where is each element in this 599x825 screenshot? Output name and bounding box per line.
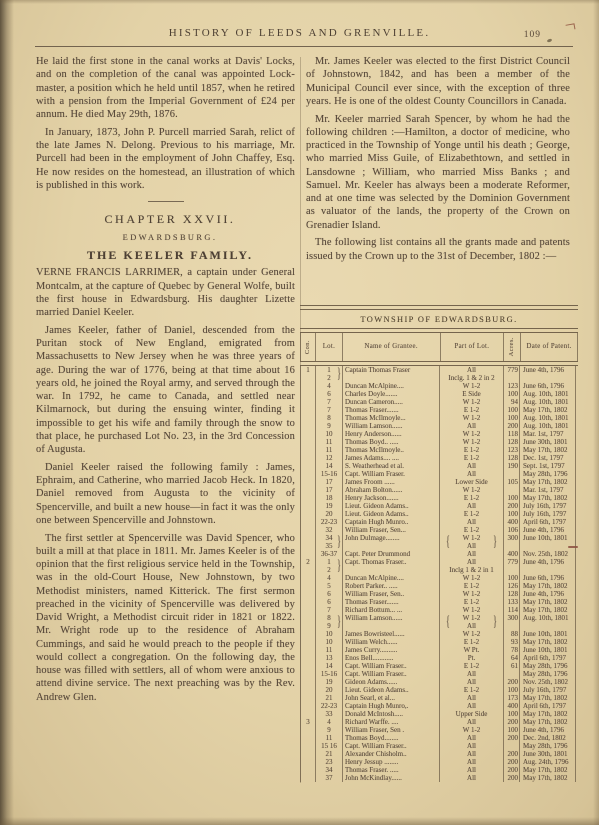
cell-part: All	[440, 422, 504, 430]
cell-name: Henry Anderson......	[343, 430, 440, 438]
cell-name: Richard Bottum... ...	[343, 606, 440, 614]
cell-name: Capt. William Fraser..	[343, 670, 440, 678]
cell-lot: 22-23	[316, 518, 343, 526]
cell-con	[301, 726, 316, 734]
cell-part: All	[440, 470, 504, 478]
cell-lot: 4	[316, 718, 343, 726]
left-paragraphs-top: He laid the first stone in the canal wor…	[36, 55, 295, 192]
cell-con	[301, 414, 316, 422]
cell-date: June 4th, 1796	[520, 590, 576, 598]
cell-part: All	[440, 758, 504, 766]
cell-part: W 1-2	[440, 414, 504, 422]
cell-part: E 1-2	[440, 446, 504, 454]
cell-acres: 78	[504, 646, 520, 654]
cell-date: Aug. 24th, 1796	[520, 758, 576, 766]
scan-edge-bottom	[0, 817, 599, 825]
cell-part: All	[440, 702, 504, 710]
cell-lot: 14	[316, 462, 343, 470]
cell-part: E 1-2	[440, 454, 504, 462]
cell-part: W 1-2 All	[440, 534, 504, 550]
table-row: 11Thomas Boyd.. .....W 1-2128June 30th, …	[301, 438, 578, 446]
paragraph: He laid the first stone in the canal wor…	[36, 55, 295, 121]
cell-lot: 36-37	[316, 550, 343, 558]
cell-con	[301, 446, 316, 454]
cell-con	[301, 606, 316, 614]
land-grants-table: TOWNSHIP OF EDWARDSBURG. Con. Lot. Name …	[300, 305, 578, 782]
cell-name: Abraham Bolton......	[343, 486, 440, 494]
cell-part: All	[440, 518, 504, 526]
cell-con: 2	[301, 558, 316, 574]
cell-date: May 17th, 1802	[520, 718, 576, 726]
table-row: 21John Searl, et al...All173May 17th, 18…	[301, 694, 578, 702]
cell-acres	[504, 486, 520, 494]
paragraph: James Keeler, father of Daniel, descende…	[36, 324, 295, 457]
scanned-book-page: HISTORY OF LEEDS AND GRENVILLE. 109 He l…	[0, 0, 599, 825]
cell-date: Nov. 25th, 1802	[520, 550, 576, 558]
cell-acres: 400	[504, 550, 520, 558]
cell-part: All	[440, 694, 504, 702]
cell-acres: 123	[504, 382, 520, 390]
cell-con	[301, 758, 316, 766]
table-row: 20Lieut. Gideon Adams..E 1-2100July 16th…	[301, 686, 578, 694]
cell-part: All	[440, 550, 504, 558]
cell-date: May 17th, 1802	[520, 598, 576, 606]
cell-acres: 779	[504, 366, 520, 382]
cell-name: Duncan McAlpine....	[343, 574, 440, 582]
cell-con	[301, 454, 316, 462]
cell-con	[301, 742, 316, 750]
cell-con	[301, 502, 316, 510]
cell-part: E 1-2	[440, 686, 504, 694]
cell-con	[301, 694, 316, 702]
cell-part: W 1-2	[440, 438, 504, 446]
cell-lot: 17	[316, 478, 343, 486]
cell-date: Aug. 10th, 1801	[520, 614, 576, 630]
cell-date: May 17th, 1802	[520, 478, 576, 486]
cell-date: April 6th, 1797	[520, 654, 576, 662]
cell-lot: 23	[316, 758, 343, 766]
table-row: 17Abraham Bolton......W 1-2Mar. 1st, 179…	[301, 486, 578, 494]
table-row: 34Thomas Fraser. .....All200May 17th, 18…	[301, 766, 578, 774]
cell-acres: 300	[504, 534, 520, 550]
page-number: 109	[524, 30, 541, 40]
cell-name: Thomas Fraser.......	[343, 406, 440, 414]
cell-name: Thomas Fraser.......	[343, 598, 440, 606]
cell-lot: 11	[316, 438, 343, 446]
cell-con	[301, 550, 316, 558]
cell-acres: 126	[504, 582, 520, 590]
cell-name: Thomas Boyd........	[343, 734, 440, 742]
table-row: 8Thomas McIlmoyle...W 1-2100Aug. 10th, 1…	[301, 414, 578, 422]
cell-con	[301, 398, 316, 406]
cell-acres: 200	[504, 750, 520, 758]
table-row: 14S. Weatherhead et al.All190Sept. 1st, …	[301, 462, 578, 470]
cell-acres: 100	[504, 686, 520, 694]
table-row: 10James Bowristeel......W 1-288June 10th…	[301, 630, 578, 638]
cell-date: May 28th, 1796	[520, 670, 576, 678]
cell-lot: 19	[316, 502, 343, 510]
cell-name: Capt. William Fraser..	[343, 662, 440, 670]
cell-lot: 17	[316, 486, 343, 494]
paragraph: The following list contains all the gran…	[306, 236, 570, 263]
cell-name: Robert Parker.. .....	[343, 582, 440, 590]
cell-part: E 1-2	[440, 526, 504, 534]
cell-con	[301, 430, 316, 438]
section-subtitle: EDWARDSBURG.	[36, 231, 295, 244]
cell-lot: 22-23	[316, 702, 343, 710]
table-row: 15 16Capt. William Fraser..AllMay 28th, …	[301, 742, 578, 750]
cell-date: June 30th, 1801	[520, 438, 576, 446]
cell-name: Alexander Chisholm..	[343, 750, 440, 758]
cell-date: Aug. 10th, 1801	[520, 414, 576, 422]
table-row: 6William Fraser, Sen..W 1-2128June 4th, …	[301, 590, 578, 598]
cell-con	[301, 662, 316, 670]
cell-date: May 17th, 1802	[520, 638, 576, 646]
cell-part: All	[440, 766, 504, 774]
cell-con	[301, 630, 316, 638]
cell-lot: 18	[316, 494, 343, 502]
cell-part: W 1-2 All	[440, 614, 504, 630]
cell-date: May 17th, 1802	[520, 606, 576, 614]
cell-con	[301, 734, 316, 742]
chapter-title: CHAPTER XXVII.	[36, 213, 295, 226]
cell-con	[301, 614, 316, 630]
cell-con	[301, 478, 316, 486]
cell-name: Duncan McAlpine....	[343, 382, 440, 390]
cell-acres: 100	[504, 510, 520, 518]
cell-name: William Welch......	[343, 638, 440, 646]
cell-date: June 30th, 1801	[520, 750, 576, 758]
table-row: 21 2Capt. Thomas Fraser..All Inclg 1 & 2…	[301, 558, 578, 574]
cell-part: W Pt.	[440, 646, 504, 654]
cell-date: June 4th, 1796	[520, 558, 576, 574]
cell-name: Capt. Thomas Fraser..	[343, 558, 440, 574]
column-header-con: Con.	[301, 333, 316, 361]
cell-con	[301, 470, 316, 478]
paragraph: The first settler at Spencerville was Da…	[36, 532, 295, 704]
cell-name: Lieut. Gideon Adams..	[343, 502, 440, 510]
cell-name: Thomas McIlmoyle..	[343, 446, 440, 454]
cell-date: Aug. 10th, 1801	[520, 422, 576, 430]
table-row: 22-23Captain Hugh Munro..All400April 6th…	[301, 518, 578, 526]
cell-name: James Curry..........	[343, 646, 440, 654]
cell-part: E 1-2	[440, 598, 504, 606]
cell-name: Thomas Fraser. .....	[343, 766, 440, 774]
cell-lot: 1 2	[316, 366, 343, 382]
table-row: 20Lieut. Gideon Adams..E 1-2100July 16th…	[301, 510, 578, 518]
cell-part: E Side	[440, 390, 504, 398]
table-row: 4Duncan McAlpine....W 1-2123June 6th, 17…	[301, 382, 578, 390]
cell-lot: 11	[316, 646, 343, 654]
cell-lot: 4	[316, 574, 343, 582]
cell-date: Dec. 2nd, 1802	[520, 734, 576, 742]
cell-lot: 8 9	[316, 614, 343, 630]
table-row: 34Richard Warffe. ....All200May 17th, 18…	[301, 718, 578, 726]
column-header-grantee: Name of Grantee.	[343, 333, 441, 361]
cell-name: Capt. William Fraser.	[343, 470, 440, 478]
cell-con	[301, 526, 316, 534]
cell-acres: 200	[504, 422, 520, 430]
table-row: 9William Lamson......All200Aug. 10th, 18…	[301, 422, 578, 430]
table-row: 11Thomas Boyd........All200Dec. 2nd, 180…	[301, 734, 578, 742]
cell-lot: 12	[316, 454, 343, 462]
cell-acres: 100	[504, 390, 520, 398]
cell-lot: 6	[316, 390, 343, 398]
table-row: 33Donald McIntosh.....Upper Side100May 1…	[301, 710, 578, 718]
cell-date: May 28th, 1796	[520, 470, 576, 478]
cell-lot: 37	[316, 774, 343, 782]
table-row: 10William Welch......E 1-293May 17th, 18…	[301, 638, 578, 646]
cell-acres: 200	[504, 678, 520, 686]
cell-part: W 1-2	[440, 382, 504, 390]
cell-acres: 94	[504, 398, 520, 406]
cell-con	[301, 582, 316, 590]
cell-lot: 11	[316, 446, 343, 454]
cell-con	[301, 638, 316, 646]
cell-part: Pt.	[440, 654, 504, 662]
cell-con	[301, 654, 316, 662]
cell-lot: 7	[316, 606, 343, 614]
cell-name: William Lamson......	[343, 614, 440, 630]
cell-acres: 100	[504, 726, 520, 734]
cell-part: W 1-2	[440, 726, 504, 734]
cell-name: Captain Hugh Munro..	[343, 518, 440, 526]
cell-lot: 10	[316, 630, 343, 638]
paragraph: Mr. James Keeler was elected to the firs…	[306, 55, 570, 108]
cell-name: William Fraser, Sen...	[343, 526, 440, 534]
table-row: 12James Adams.... ....E 1-2128Dec. 1st, …	[301, 454, 578, 462]
table-row: 19Gideon Adams......All200Nov. 25th, 180…	[301, 678, 578, 686]
cell-part: E 1-2	[440, 494, 504, 502]
cell-name: Captain Thomas Fraser	[343, 366, 440, 382]
cell-date: July 16th, 1797	[520, 686, 576, 694]
cell-lot: 1 2	[316, 558, 343, 574]
table-row: 32William Fraser, Sen...E 1-2106June 4th…	[301, 526, 578, 534]
cell-date: May 17th, 1802	[520, 446, 576, 454]
cell-date: May 17th, 1802	[520, 494, 576, 502]
table-row: 36-37Capt. Peter DrummondAll400Nov. 25th…	[301, 550, 578, 558]
cell-name: Thomas McIlmoyle...	[343, 414, 440, 422]
chapter-divider-rule	[148, 201, 184, 202]
cell-name: S. Weatherhead et al.	[343, 462, 440, 470]
cell-lot: 20	[316, 510, 343, 518]
cell-date: Mar. 1st, 1797	[520, 430, 576, 438]
cell-part: E 1-2	[440, 638, 504, 646]
cell-acres: 100	[504, 414, 520, 422]
cell-lot: 15-16	[316, 470, 343, 478]
cell-name: William Fraser, Sen .	[343, 726, 440, 734]
cell-con: 3	[301, 718, 316, 726]
cell-acres: 200	[504, 734, 520, 742]
cell-acres: 64	[504, 654, 520, 662]
table-row: 4Duncan McAlpine....W 1-2100June 6th, 17…	[301, 574, 578, 582]
cell-name: Duncan Cameron.....	[343, 398, 440, 406]
cell-part: All	[440, 502, 504, 510]
ink-speck	[547, 38, 553, 43]
cell-name: Capt. Peter Drummond	[343, 550, 440, 558]
cell-acres: 106	[504, 526, 520, 534]
column-header-lot: Lot.	[316, 333, 343, 361]
cell-date: July 16th, 1797	[520, 510, 576, 518]
cell-con	[301, 678, 316, 686]
cell-acres: 200	[504, 502, 520, 510]
table-row: 13Enos Bell............Pt.64April 6th, 1…	[301, 654, 578, 662]
table-body: 11 2Captain Thomas FraserAll Inclg. 1 & …	[300, 366, 578, 782]
cell-date: May 28th, 1796	[520, 742, 576, 750]
paragraph: In January, 1873, John P. Purcell marrie…	[36, 126, 295, 192]
cell-con	[301, 574, 316, 582]
cell-name: William Fraser, Sen..	[343, 590, 440, 598]
cell-part: All Inclg. 1 & 2 in 2	[440, 366, 504, 382]
cell-con	[301, 670, 316, 678]
cell-acres: 114	[504, 606, 520, 614]
cell-date: May 17th, 1802	[520, 774, 576, 782]
cell-lot: 6	[316, 598, 343, 606]
right-column: Mr. James Keeler was elected to the firs…	[306, 55, 570, 267]
column-header-date: Date of Patent.	[521, 333, 578, 361]
cell-con	[301, 406, 316, 414]
cell-part: W 1-2	[440, 398, 504, 406]
cell-acres: 118	[504, 430, 520, 438]
cell-con	[301, 486, 316, 494]
cell-part: E 1-2	[440, 582, 504, 590]
cell-name: John Dulmage........	[343, 534, 440, 550]
cell-acres	[504, 742, 520, 750]
cell-con: 1	[301, 366, 316, 382]
cell-name: Captain Hugh Munro,.	[343, 702, 440, 710]
cell-lot: 5	[316, 582, 343, 590]
cell-acres: 200	[504, 758, 520, 766]
cell-con	[301, 750, 316, 758]
table-row: 15-16Capt. William Fraser..AllMay 28th, …	[301, 670, 578, 678]
right-paragraphs: Mr. James Keeler was elected to the firs…	[306, 55, 570, 263]
cell-name: Lieut. Gideon Adams..	[343, 686, 440, 694]
cell-part: W 1-2	[440, 606, 504, 614]
table-row: 18Henry Jackson.......E 1-2100May 17th, …	[301, 494, 578, 502]
cell-con	[301, 494, 316, 502]
table-row: 8 9William Lamson......W 1-2 All300Aug. …	[301, 614, 578, 630]
cell-con	[301, 510, 316, 518]
cell-date: Mar. 1st, 1797	[520, 486, 576, 494]
cell-date: July 16th, 1797	[520, 502, 576, 510]
cell-lot: 13	[316, 654, 343, 662]
cell-acres: 400	[504, 518, 520, 526]
cell-date: June 4th, 1796	[520, 726, 576, 734]
cell-name: Lieut. Gideon Adams..	[343, 510, 440, 518]
cell-lot: 20	[316, 686, 343, 694]
cell-part: E 1-2	[440, 406, 504, 414]
table-row: 19Lieut. Gideon Adams..All200July 16th, …	[301, 502, 578, 510]
cell-acres: 61	[504, 662, 520, 670]
cell-acres: 190	[504, 462, 520, 470]
cell-lot: 15 16	[316, 742, 343, 750]
cell-con	[301, 518, 316, 526]
cell-lot: 15-16	[316, 670, 343, 678]
cell-part: Upper Side	[440, 710, 504, 718]
cell-lot: 19	[316, 678, 343, 686]
cell-date: Nov. 25th, 1802	[520, 678, 576, 686]
cell-acres: 105	[504, 478, 520, 486]
cell-name: John McKindlay......	[343, 774, 440, 782]
cell-acres: 123	[504, 446, 520, 454]
cell-part: All	[440, 718, 504, 726]
running-header: HISTORY OF LEEDS AND GRENVILLE.	[0, 27, 599, 39]
cell-date: June 6th, 1796	[520, 382, 576, 390]
cell-con	[301, 422, 316, 430]
cell-part: W 1-2	[440, 486, 504, 494]
cell-date: Dec. 1st, 1797	[520, 454, 576, 462]
cell-lot: 7	[316, 398, 343, 406]
cell-lot: 9	[316, 726, 343, 734]
cell-acres: 100	[504, 494, 520, 502]
cell-date: May 28th, 1796	[520, 662, 576, 670]
cell-name: James Froom ......	[343, 478, 440, 486]
cell-lot: 9	[316, 422, 343, 430]
cell-acres: 128	[504, 454, 520, 462]
cell-con	[301, 702, 316, 710]
pen-mark-right-margin	[568, 546, 578, 548]
header-title: HISTORY OF LEEDS AND GRENVILLE.	[169, 27, 431, 39]
cell-lot: 14	[316, 662, 343, 670]
cell-con	[301, 534, 316, 550]
cell-name: Henry Jessup ........	[343, 758, 440, 766]
cell-part: E 1-2	[440, 662, 504, 670]
cell-date: June 10th, 1801	[520, 646, 576, 654]
paragraph: Mr. Keeler married Sarah Spencer, by who…	[306, 113, 570, 232]
table-row: 34 35John Dulmage........W 1-2 All300Jun…	[301, 534, 578, 550]
cell-name: Thomas Boyd.. .....	[343, 438, 440, 446]
table-row: 15-16Capt. William Fraser.AllMay 28th, 1…	[301, 470, 578, 478]
cell-lot: 21	[316, 694, 343, 702]
table-row: 7Duncan Cameron.....W 1-294Aug. 10th, 18…	[301, 398, 578, 406]
column-header-part: Part of Lot.	[441, 333, 505, 361]
cell-lot: 32	[316, 526, 343, 534]
cell-lot: 10	[316, 638, 343, 646]
table-row: 21Alexander Chisholm..All200June 30th, 1…	[301, 750, 578, 758]
cell-acres: 200	[504, 774, 520, 782]
cell-con	[301, 598, 316, 606]
cell-date: Aug. 10th, 1801	[520, 390, 576, 398]
cell-acres: 100	[504, 710, 520, 718]
cell-name: James Bowristeel......	[343, 630, 440, 638]
left-column: He laid the first stone in the canal wor…	[36, 55, 295, 708]
cell-date: May 17th, 1802	[520, 582, 576, 590]
table-row: 9William Fraser, Sen .W 1-2100June 4th, …	[301, 726, 578, 734]
cell-lot: 34 35	[316, 534, 343, 550]
cell-part: All	[440, 734, 504, 742]
cell-part: All	[440, 774, 504, 782]
cell-part: Lower Side	[440, 478, 504, 486]
cell-acres: 133	[504, 598, 520, 606]
cell-date: April 6th, 1797	[520, 518, 576, 526]
cell-part: All	[440, 750, 504, 758]
cell-lot: 6	[316, 590, 343, 598]
cell-date: April 6th, 1797	[520, 702, 576, 710]
cell-con	[301, 710, 316, 718]
cell-con	[301, 390, 316, 398]
cell-name: Henry Jackson.......	[343, 494, 440, 502]
cell-acres: 93	[504, 638, 520, 646]
cell-part: E 1-2	[440, 510, 504, 518]
table-row: 37John McKindlay......All200May 17th, 18…	[301, 774, 578, 782]
cell-date: Aug. 10th, 1801	[520, 398, 576, 406]
table-header-row: Con. Lot. Name of Grantee. Part of Lot. …	[300, 333, 578, 361]
cell-acres	[504, 670, 520, 678]
cell-con	[301, 686, 316, 694]
cell-acres: 100	[504, 406, 520, 414]
paragraph: VERNE FRANCIS LARRIMER, a captain under …	[36, 266, 295, 319]
cell-part: W 1-2	[440, 574, 504, 582]
